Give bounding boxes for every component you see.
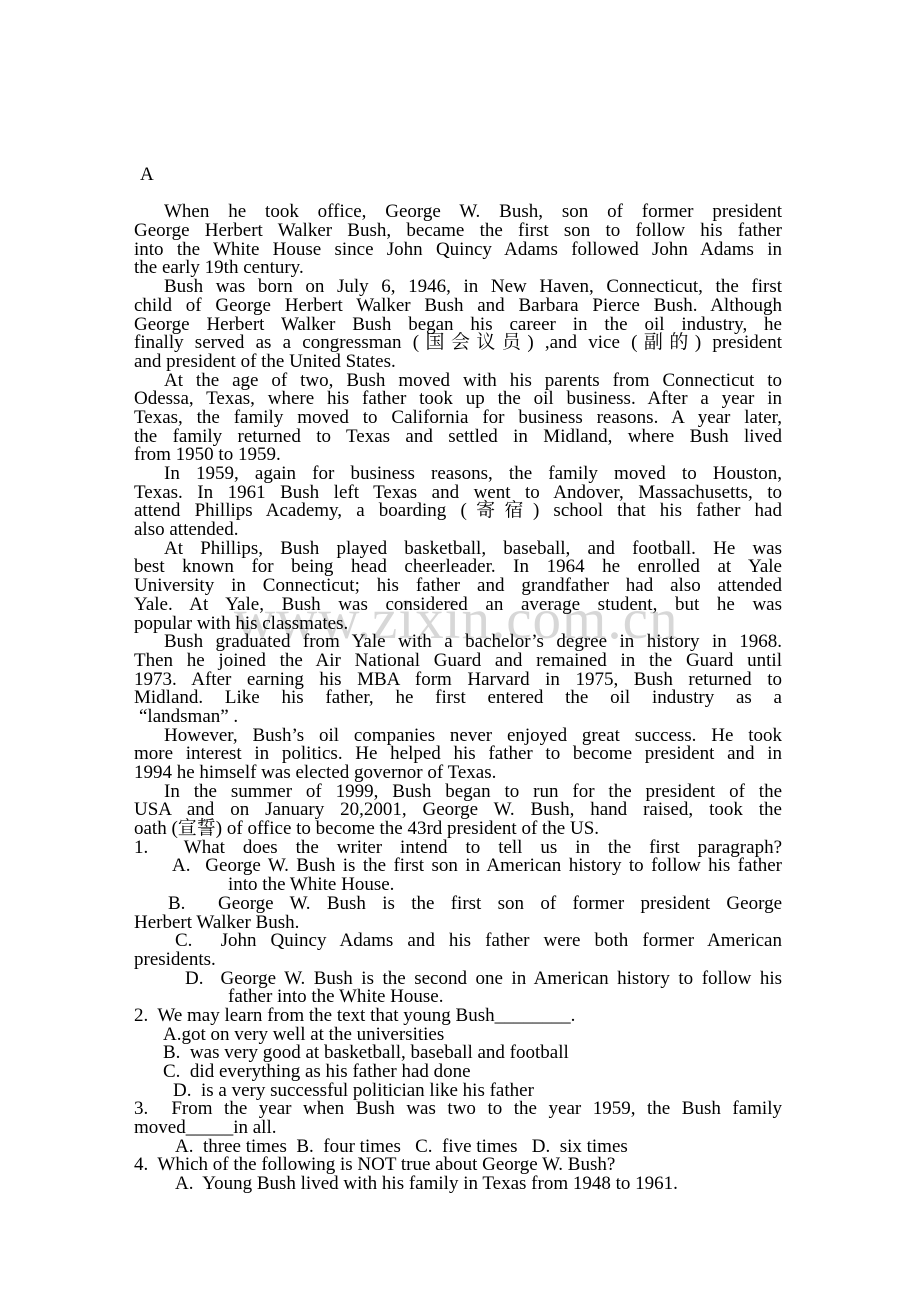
question-line: into the White House. [134,876,782,895]
passage-line: In 1959, again for business reasons, the… [134,465,782,484]
passage-line: also attended. [134,521,782,540]
document-content: A When he took office, George W. Bush, s… [134,166,782,1194]
passage-line: George Herbert Walker Bush, became the f… [134,222,782,241]
passage-line: Bush was born on July 6, 1946, in New Ha… [134,278,782,297]
passage-line: Texas, the family moved to California fo… [134,409,782,428]
section-label: A [134,166,782,185]
question-line: presidents. [134,951,782,970]
passage-line: Then he joined the Air National Guard an… [134,652,782,671]
passage-line: University in Connecticut; his father an… [134,577,782,596]
passage-line: “landsman” . [134,708,782,727]
passage: When he took office, George W. Bush, son… [134,203,782,838]
question-line: moved_____in all. [134,1119,782,1138]
passage-line: 1994 he himself was elected governor of … [134,764,782,783]
passage-line: Yale. At Yale, Bush was considered an av… [134,596,782,615]
passage-line: oath (宣誓) of office to become the 43rd p… [134,820,782,839]
question-line: A. Young Bush lived with his family in T… [134,1175,782,1194]
question-line: C. John Quincy Adams and his father were… [134,932,782,951]
question-line: B. George W. Bush is the first son of fo… [134,895,782,914]
document-page: www.zixin.com.cn A When he took office, … [0,0,920,1302]
passage-line: child of George Herbert Walker Bush and … [134,297,782,316]
passage-line: and president of the United States. [134,353,782,372]
questions: 1. What does the writer intend to tell u… [134,839,782,1194]
question-line: C. did everything as his father had done [134,1063,782,1082]
question-line: 2. We may learn from the text that young… [134,1007,782,1026]
